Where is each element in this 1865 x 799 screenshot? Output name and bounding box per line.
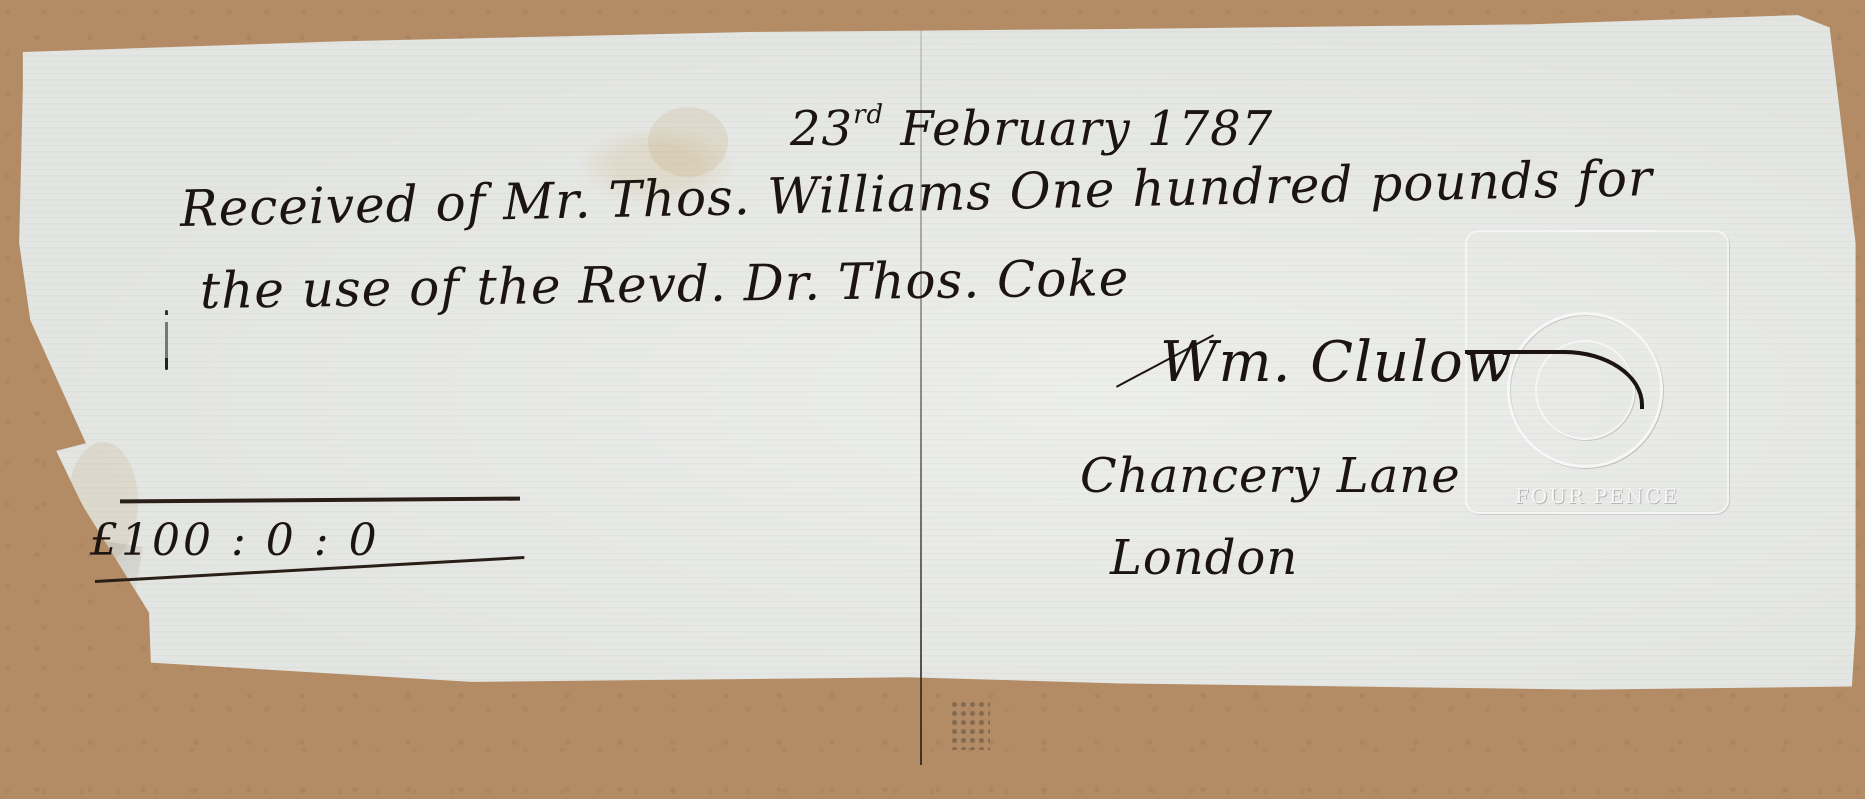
- ink-smudge: [950, 700, 990, 750]
- margin-ink-mark: [165, 310, 168, 370]
- date-day: 23: [790, 101, 853, 157]
- date-month-year: February 1787: [900, 101, 1273, 157]
- stamp-denomination: FOUR PENCE: [1487, 484, 1707, 508]
- signature-address-line-1: Chancery Lane: [1080, 448, 1461, 504]
- date-day-suffix: rd: [853, 100, 884, 130]
- paper-stain: [648, 107, 728, 177]
- signature-address-line-2: London: [1110, 530, 1298, 586]
- signature-name: Wm. Clulow: [1160, 330, 1513, 395]
- receipt-date: 23rd February 1787: [790, 100, 1273, 157]
- receipt-amount: £100 : 0 : 0: [90, 515, 380, 566]
